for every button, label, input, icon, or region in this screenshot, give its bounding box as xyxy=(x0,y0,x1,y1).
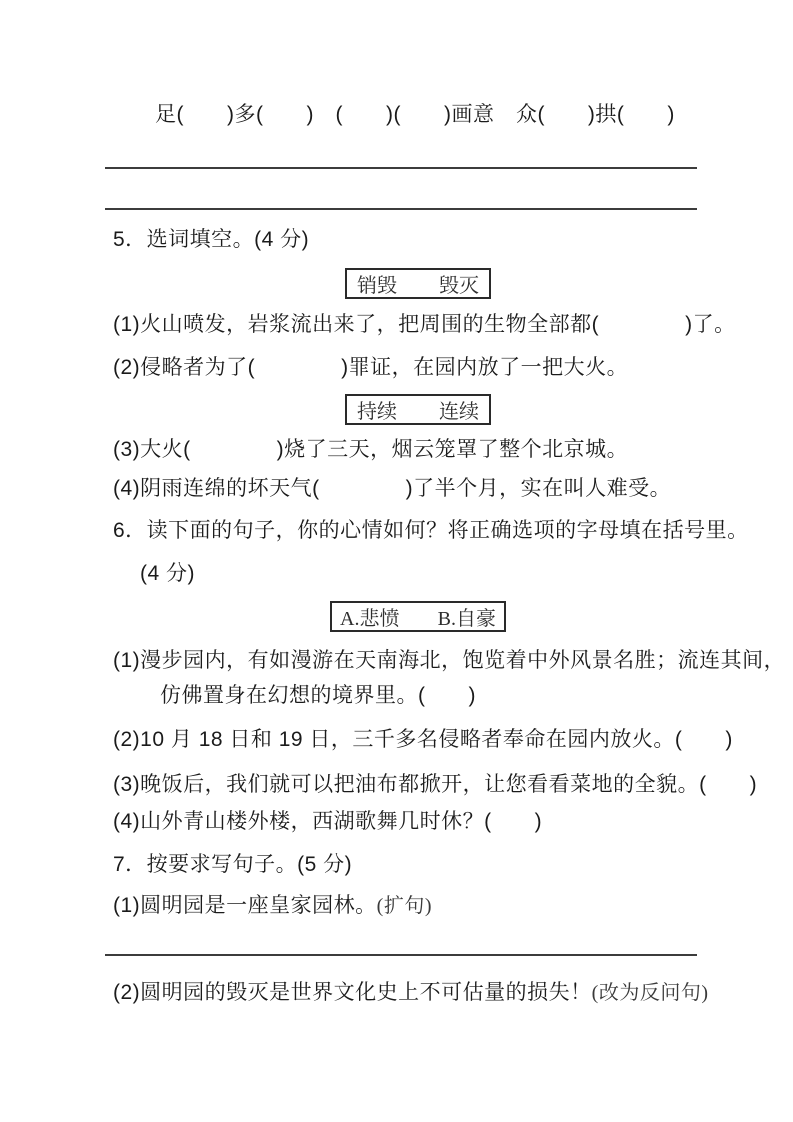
word-bank-box-2: 持续 连续 xyxy=(345,394,491,425)
word-bank-word: 毁灭 xyxy=(439,269,479,298)
question-5-item-2: (2)侵略者为了( )罪证，在园内放了一把大火。 xyxy=(113,347,628,389)
question-5-item-1: (1)火山喷发，岩浆流出来了，把周围的生物全部都( )了。 xyxy=(113,304,736,346)
question-7-title: 7．按要求写句子。(5 分) xyxy=(113,844,352,886)
answer-line xyxy=(105,208,697,210)
word-bank-word: 持续 xyxy=(357,395,397,424)
question-6-title: 6．读下面的句子，你的心情如何？将正确选项的字母填在括号里。 xyxy=(113,510,749,552)
option-box: A.悲愤 B.自豪 xyxy=(330,601,506,632)
word-bank-word: 销毁 xyxy=(357,269,397,298)
question-6-item-1-line-2: 仿佛置身在幻想的境界里。( ) xyxy=(160,675,476,717)
question-7-item-2-text: (2)圆明园的毁灭是世界文化史上不可估量的损失！ xyxy=(113,981,592,1004)
question-7-item-1: (1)圆明园是一座皇家园林。(扩句) xyxy=(113,885,432,927)
question-7-item-2-note: (改为反问句) xyxy=(592,982,709,1004)
word-bank-box-1: 销毁 毁灭 xyxy=(345,268,491,299)
question-5-item-3: (3)大火( )烧了三天，烟云笼罩了整个北京城。 xyxy=(113,429,628,471)
question-6-item-4: (4)山外青山楼外楼，西湖歌舞几时休？( ) xyxy=(113,801,542,843)
question-7-item-1-text: (1)圆明园是一座皇家园林。 xyxy=(113,894,377,917)
question-5-item-4: (4)阴雨连绵的坏天气( )了半个月，实在叫人难受。 xyxy=(113,468,671,510)
question-5-title: 5．选词填空。(4 分) xyxy=(113,219,309,261)
answer-line xyxy=(105,167,697,169)
answer-line xyxy=(105,954,697,956)
option-a: A.悲愤 xyxy=(340,602,399,631)
worksheet-page: 足( )多( ) ( )( )画意 众( )拱( ) 5．选词填空。(4 分) … xyxy=(0,0,793,1122)
question-6-score: (4 分) xyxy=(140,553,195,595)
question-7-item-1-note: (扩句) xyxy=(377,895,432,917)
word-bank-word: 连续 xyxy=(439,395,479,424)
fill-in-character-line: 足( )多( ) ( )( )画意 众( )拱( ) xyxy=(155,94,675,136)
question-7-item-2: (2)圆明园的毁灭是世界文化史上不可估量的损失！(改为反问句) xyxy=(113,972,709,1014)
option-b: B.自豪 xyxy=(438,602,496,631)
question-6-item-3: (3)晚饭后，我们就可以把油布都掀开，让您看看菜地的全貌。( ) xyxy=(113,764,757,806)
question-6-item-2: (2)10 月 18 日和 19 日，三千多名侵略者奉命在园内放火。( ) xyxy=(113,719,733,761)
